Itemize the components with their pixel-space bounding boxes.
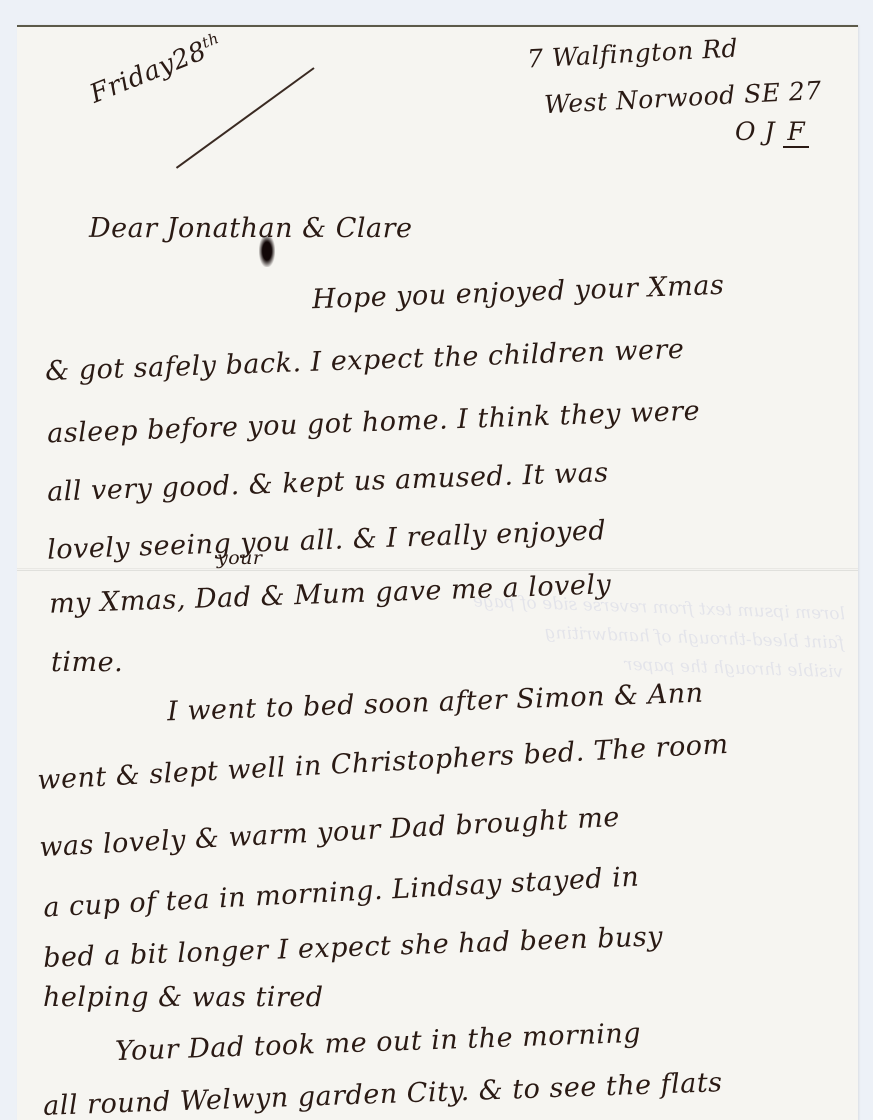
body-line-3: asleep before you got home. I think they… [47,396,701,450]
body-line-2: & got safely back. I expect the children… [45,334,685,387]
inserted-word: your [217,547,263,569]
body-line-11: a cup of tea in morning. Lindsay stayed … [43,861,640,923]
ink-blot [259,235,275,267]
address-line-1: 7 Walfington Rd [526,33,738,73]
address-line-2: West Norwood SE 27 [543,76,822,119]
paper-fold-crease [17,568,858,571]
body-line-14: Your Dad took me out in the morning [115,1018,642,1067]
letter-date: Friday28th [86,29,227,110]
body-line-12: bed a bit longer I expect she had been b… [43,921,664,974]
body-line-6: my Xmas, Dad & Mum gave me a lovely [49,569,612,620]
body-line-13: helping & was tired [43,982,324,1013]
body-line-9: went & slept well in Christophers bed. T… [37,729,730,796]
body-line-7: time. [51,647,123,678]
address-line-3-underlined: F [783,117,809,148]
body-line-4: all very good. & kept us amused. It was [47,457,609,508]
date-underline [176,67,315,169]
body-line-8: I went to bed soon after Simon & Ann [167,678,704,728]
salutation: Dear Jonathan & Clare [89,213,412,244]
address-line-3-prefix: O J [735,117,775,146]
letter-paper: lorem ipsum text from reverse side of pa… [17,25,858,1120]
body-line-1: Hope you enjoyed your Xmas [312,270,725,315]
address-line-3: O J F [735,117,809,146]
date-day: Friday [86,49,179,110]
scanned-letter-page: lorem ipsum text from reverse side of pa… [0,0,873,1120]
body-line-10: was lovely & warm your Dad brought me [39,802,621,863]
body-line-15: all round Welwyn garden City. & to see t… [43,1067,723,1120]
body-line-5: lovely seeing you all. & I really enjoye… [47,515,607,565]
